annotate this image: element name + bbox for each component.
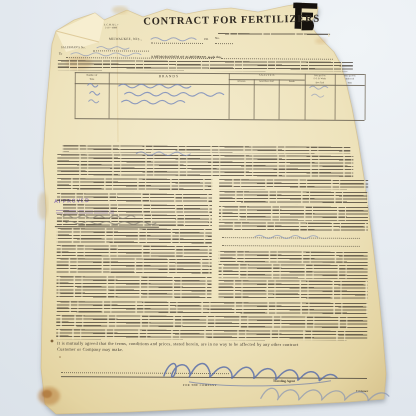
handwriting <box>63 215 135 218</box>
photo-of-contract-document: S. C. M. & L. 7 2-16—100M CONTRACT FOR F… <box>0 0 416 416</box>
handwriting <box>312 94 324 97</box>
handwriting <box>89 100 99 103</box>
handwriting <box>125 92 224 96</box>
handwriting <box>88 84 98 88</box>
customer-signature <box>261 388 389 401</box>
document-content: S. C. M. & L. 7 2-16—100M CONTRACT FOR F… <box>0 0 416 416</box>
company-signature <box>164 363 337 380</box>
handwriting <box>90 92 100 96</box>
handwriting <box>136 152 190 156</box>
handwriting <box>97 47 129 50</box>
handwriting-layer <box>0 0 416 416</box>
handwriting <box>151 38 196 41</box>
handwriting <box>122 100 185 104</box>
company-signature-flourish <box>189 380 331 386</box>
handwriting <box>66 221 156 224</box>
handwriting <box>255 235 318 238</box>
handwriting <box>71 53 141 56</box>
handwriting <box>310 86 328 89</box>
handwriting <box>119 84 191 88</box>
